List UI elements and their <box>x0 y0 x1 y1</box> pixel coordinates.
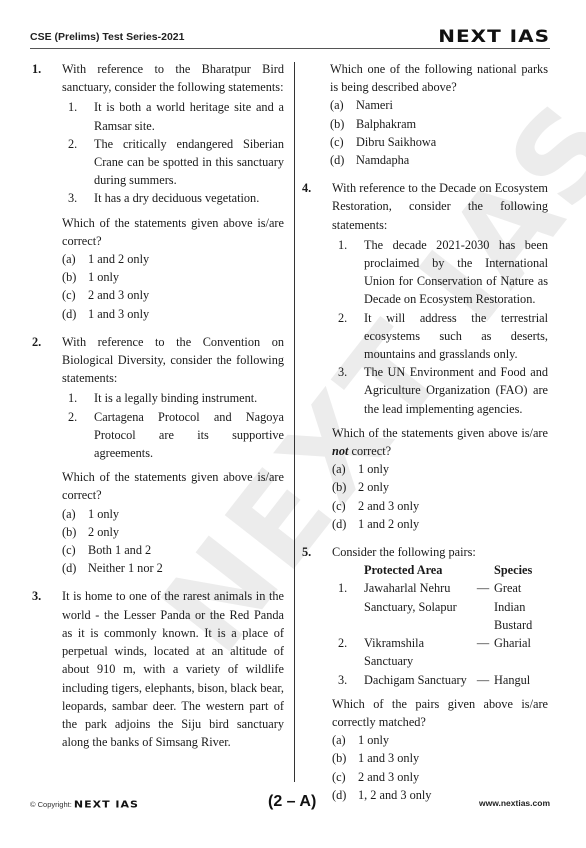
pair-row: 3. Dachigam Sanctuary — Hangul <box>338 671 548 689</box>
statement: 2.It will address the terrestrial ecosys… <box>338 309 548 364</box>
pairs-table: Protected Area Species 1. Jawaharlal Neh… <box>338 561 548 688</box>
question-number: 5. <box>302 543 311 561</box>
question-prompt: Which of the statements given above is/a… <box>62 214 284 250</box>
statement: 1.It is a legally binding instrument. <box>68 389 284 407</box>
question-2: 2. With reference to the Convention on B… <box>32 333 284 578</box>
footer-brand-logo: NEXT IAS <box>74 799 139 810</box>
option-c[interactable]: (c)Dibru Saikhowa <box>330 133 548 151</box>
question-4: 4. With reference to the Decade on Ecosy… <box>302 179 548 533</box>
option-d[interactable]: (d)Neither 1 nor 2 <box>62 559 284 577</box>
option-list: (a)1 only (b)2 only (c)Both 1 and 2 (d)N… <box>62 505 284 578</box>
option-b[interactable]: (b)2 only <box>332 478 548 496</box>
statement: 3.It has a dry deciduous vegetation. <box>68 189 284 207</box>
page-footer: © Copyright: NEXT IAS (2 – A) www.nextia… <box>30 793 550 817</box>
question-stem: Consider the following pairs: <box>332 543 548 561</box>
statement: 2.Cartagena Protocol and Nagoya Protocol… <box>68 408 284 463</box>
option-list: (a)Nameri (b)Balphakram (c)Dibru Saikhow… <box>330 96 548 169</box>
option-d[interactable]: (d)1 and 3 only <box>62 305 284 323</box>
emphasis-not: not <box>332 444 348 458</box>
option-d[interactable]: (d)Namdapha <box>330 151 548 169</box>
option-list: (a)1 and 2 only (b)1 only (c)2 and 3 onl… <box>62 250 284 323</box>
option-b[interactable]: (b)1 and 3 only <box>332 749 548 767</box>
option-b[interactable]: (b)1 only <box>62 268 284 286</box>
statement-list: 1.The decade 2021-2030 has been proclaim… <box>332 236 548 418</box>
question-1: 1. With reference to the Bharatpur Bird … <box>32 60 284 323</box>
option-b[interactable]: (b)2 only <box>62 523 284 541</box>
statement: 1.It is both a world heritage site and a… <box>68 98 284 134</box>
question-prompt: Which of the statements given above is/a… <box>332 424 548 460</box>
option-a[interactable]: (a)1 and 2 only <box>62 250 284 268</box>
option-d[interactable]: (d)1 and 2 only <box>332 515 548 533</box>
left-column: 1. With reference to the Bharatpur Bird … <box>32 60 284 761</box>
question-prompt: Which of the statements given above is/a… <box>62 468 284 504</box>
option-a[interactable]: (a)1 only <box>332 460 548 478</box>
option-a[interactable]: (a)1 only <box>332 731 548 749</box>
question-stem: With reference to the Decade on Ecosyste… <box>332 179 548 234</box>
series-title: CSE (Prelims) Test Series-2021 <box>30 31 184 43</box>
column-divider <box>294 62 295 782</box>
option-a[interactable]: (a)1 only <box>62 505 284 523</box>
option-list: (a)1 only (b)2 only (c)2 and 3 only (d)1… <box>332 460 548 533</box>
right-column: Which one of the following national park… <box>302 60 548 814</box>
question-number: 1. <box>32 60 41 78</box>
statement-list: 1.It is a legally binding instrument. 2.… <box>62 389 284 462</box>
question-number: 4. <box>302 179 311 197</box>
statement-list: 1.It is both a world heritage site and a… <box>62 98 284 207</box>
question-3-continued: Which one of the following national park… <box>302 60 548 169</box>
question-number: 3. <box>32 587 41 605</box>
question-prompt: Which one of the following national park… <box>330 60 548 96</box>
pair-row: 1. Jawaharlal Nehru Sanctuary, Solapur —… <box>338 579 548 634</box>
option-c[interactable]: (c)2 and 3 only <box>332 768 548 786</box>
question-number: 2. <box>32 333 41 351</box>
option-b[interactable]: (b)Balphakram <box>330 115 548 133</box>
website-link[interactable]: www.nextias.com <box>479 798 550 808</box>
statement: 3.The UN Environment and Food and Agricu… <box>338 363 548 418</box>
brand-logo: NEXT IAS <box>438 26 550 46</box>
pairs-header: Protected Area Species <box>338 561 548 579</box>
option-c[interactable]: (c)2 and 3 only <box>62 286 284 304</box>
question-5: 5. Consider the following pairs: Protect… <box>302 543 548 804</box>
option-c[interactable]: (c)2 and 3 only <box>332 497 548 515</box>
pair-row: 2. Vikramshila Sanctuary — Gharial <box>338 634 548 670</box>
question-stem: It is home to one of the rarest animals … <box>62 587 284 751</box>
option-a[interactable]: (a)Nameri <box>330 96 548 114</box>
page-header: CSE (Prelims) Test Series-2021 NEXT IAS <box>30 22 550 49</box>
statement: 2.The critically endangered Siberian Cra… <box>68 135 284 190</box>
copyright: © Copyright: NEXT IAS <box>30 798 139 811</box>
question-stem: With reference to the Convention on Biol… <box>62 333 284 388</box>
question-3: 3. It is home to one of the rarest anima… <box>32 587 284 751</box>
question-prompt: Which of the pairs given above is/are co… <box>332 695 548 731</box>
question-stem: With reference to the Bharatpur Bird san… <box>62 60 284 96</box>
option-c[interactable]: (c)Both 1 and 2 <box>62 541 284 559</box>
page-number: (2 – A) <box>268 793 316 811</box>
statement: 1.The decade 2021-2030 has been proclaim… <box>338 236 548 309</box>
